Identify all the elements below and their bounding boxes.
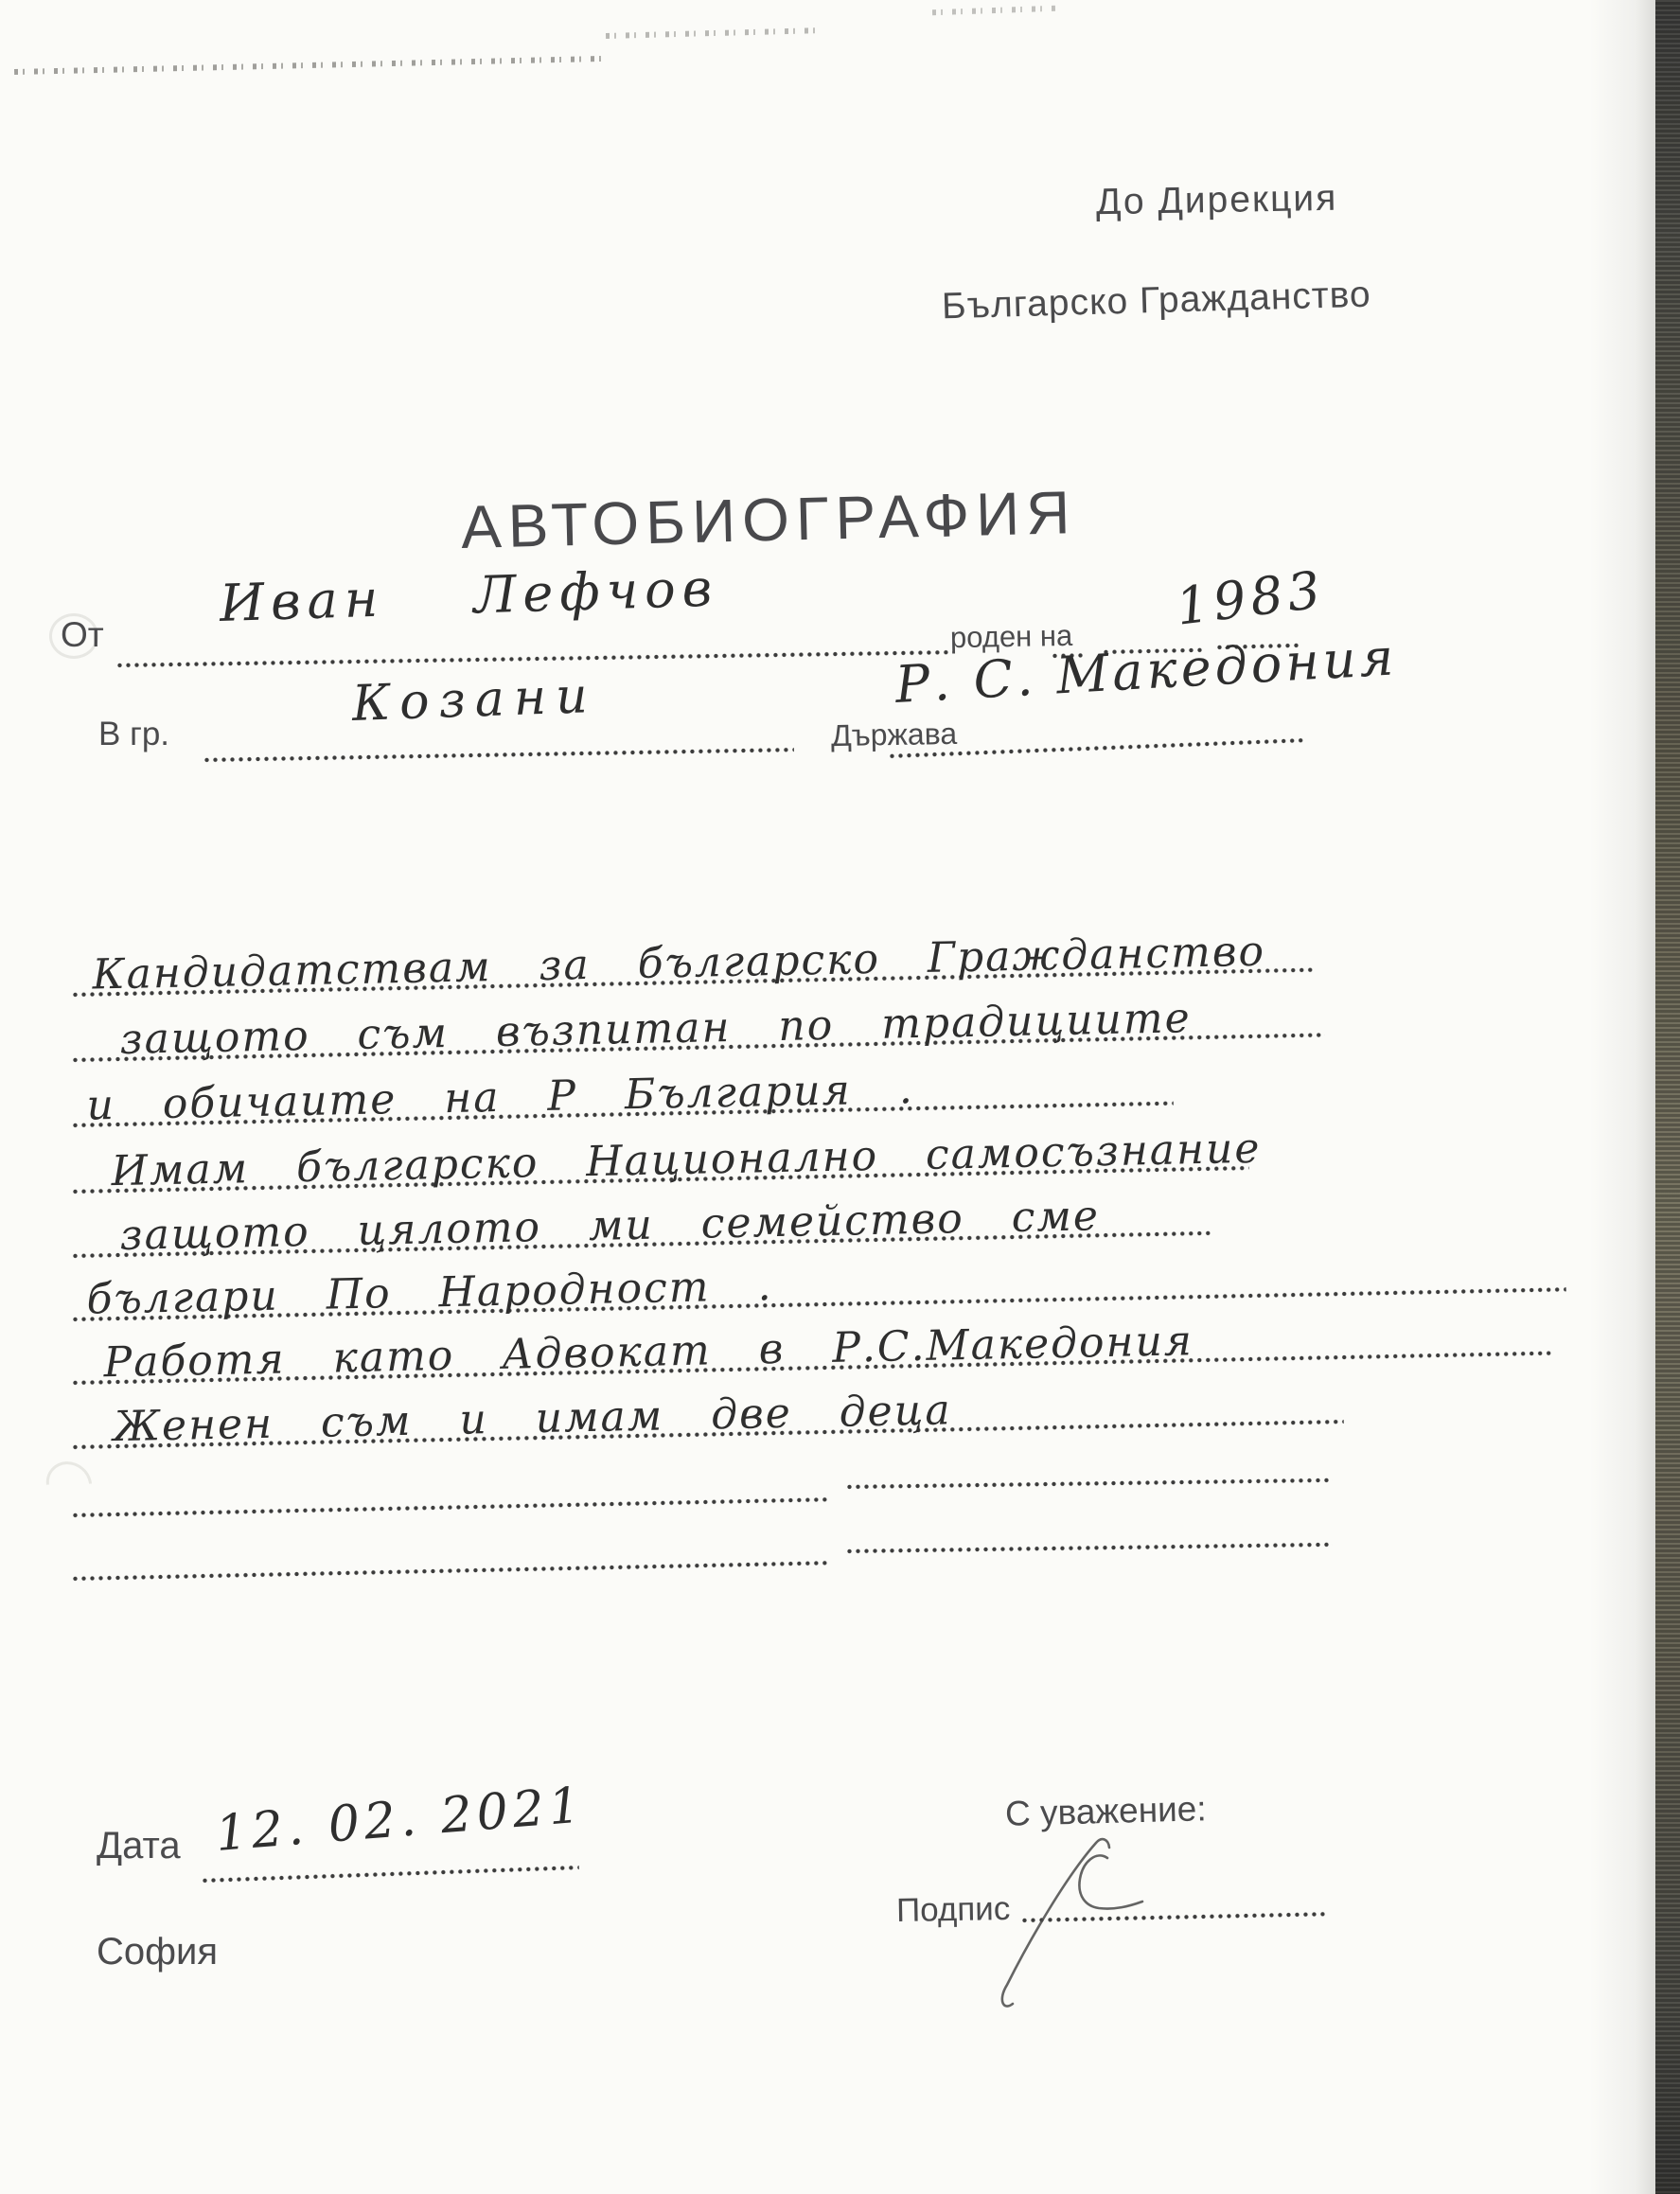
- from-name-handwriting: Иван Лефчов: [219, 557, 719, 633]
- born-year-handwriting: 1983: [1173, 559, 1328, 637]
- body-line-text: Женен съм и имам две деца: [113, 1386, 952, 1451]
- dotted-line: [71, 1560, 828, 1582]
- recipient-line-2: Българско Гражданство: [941, 274, 1371, 328]
- recipient-line-1: До Дирекция: [1096, 178, 1338, 223]
- city-dotted-line: [203, 747, 794, 763]
- body-line: Имам българско Национално самосъзнание: [71, 1165, 1249, 1194]
- body-line: Работя като Адвокат в Р.С.Македония: [71, 1351, 1552, 1386]
- body-line-text: защото съм възпитан по традициите: [119, 994, 1192, 1064]
- body-line-text: Работя като Адвокат в Р.С.Македония: [103, 1317, 1194, 1387]
- date-dotted-line: [201, 1865, 579, 1884]
- from-dotted-line: [115, 649, 953, 668]
- dotted-line: [845, 1542, 1333, 1554]
- place-label: София: [97, 1931, 218, 1973]
- body-line-text: и обичаите на Р България .: [86, 1065, 914, 1130]
- binding-edge: [1655, 0, 1680, 2194]
- body-line-text: защото цялото ми семейство сме: [119, 1192, 1100, 1260]
- body-line: Женен съм и имам две деца: [71, 1419, 1344, 1450]
- page-title: АВТОБИОГРАФИЯ: [460, 477, 1077, 562]
- from-label: От: [61, 615, 104, 655]
- body-line: защото цялото ми семейство сме: [71, 1230, 1211, 1259]
- signature-stroke: [984, 1822, 1183, 2026]
- body-line-text: Кандидатствам за българско Гражданство: [92, 928, 1265, 1000]
- body-line-text: българи По Народност .: [86, 1262, 773, 1324]
- page-edge-shadow: [1589, 0, 1655, 2194]
- city-label: В гр.: [98, 716, 169, 753]
- dotted-line: [71, 1496, 828, 1518]
- body-line: Кандидатствам за българско Гражданство: [71, 967, 1316, 998]
- body-line: и обичаите на Р България .: [71, 1101, 1174, 1128]
- body-line: защото съм възпитан по традициите: [71, 1032, 1325, 1063]
- scan-artifact: [932, 6, 1055, 16]
- scan-artifact: [14, 56, 601, 75]
- body-line: българи По Народност .: [71, 1286, 1566, 1322]
- country-label: Държава: [831, 717, 958, 753]
- scanned-page: До Дирекция Българско Гражданство АВТОБИ…: [0, 0, 1680, 2194]
- hole-punch: [37, 1452, 101, 1515]
- date-label: Дата: [97, 1825, 181, 1867]
- scan-artifact: [606, 27, 823, 39]
- dotted-line: [845, 1477, 1333, 1490]
- city-handwriting: Козани: [351, 667, 598, 733]
- date-handwriting: 12. 02. 2021: [214, 1777, 587, 1862]
- body-line-text: Имам българско Национално самосъзнание: [111, 1124, 1262, 1195]
